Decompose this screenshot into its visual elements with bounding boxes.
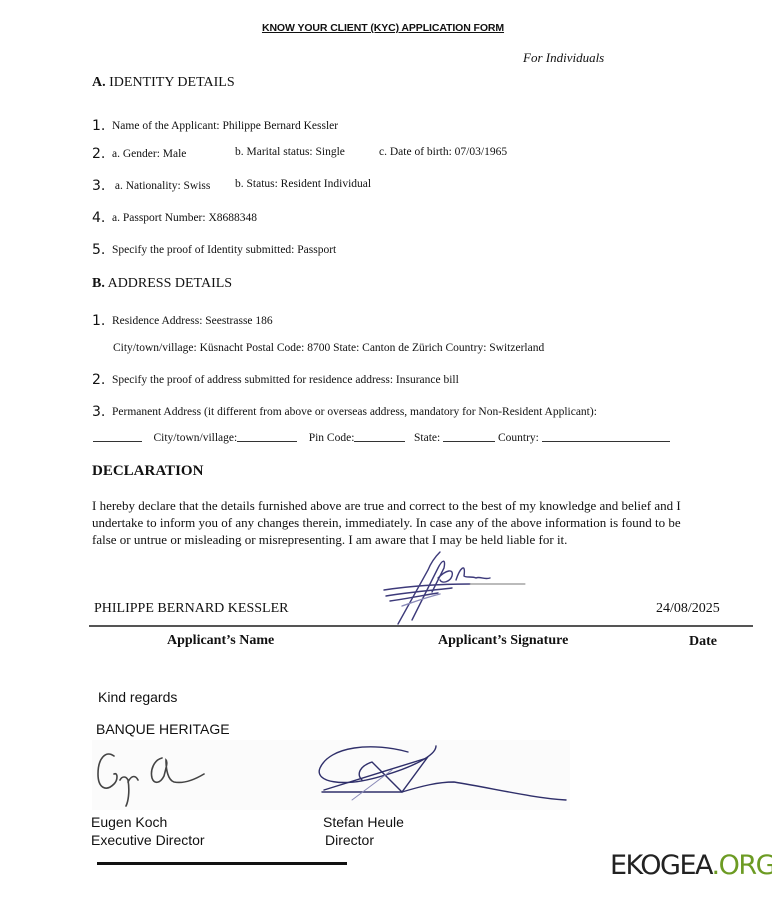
state-label: State: — [414, 432, 440, 444]
bank-signatures-image — [92, 740, 572, 810]
identity-item-4: 4.a. Passport Number: X8688348 — [92, 210, 257, 226]
section-title: ADDRESS DETAILS — [108, 276, 233, 291]
signature-divider — [89, 625, 753, 627]
city-label: City/town/village: — [154, 432, 238, 444]
identity-item-1: 1.Name of the Applicant: Philippe Bernar… — [92, 118, 338, 134]
permanent-address-label: Permanent Address (it different from abo… — [112, 406, 597, 418]
applicant-name-caption: Applicant’s Name — [167, 633, 274, 649]
address-item-2: 2.Specify the proof of address submitted… — [92, 372, 459, 388]
pin-label: Pin Code: — [309, 432, 355, 444]
permanent-address-fields: City/town/village: Pin Code: State: Coun… — [93, 432, 670, 444]
section-address-heading: B. ADDRESS DETAILS — [92, 276, 232, 292]
address-item-3: 3.Permanent Address (it different from a… — [92, 404, 597, 420]
pin-blank[interactable] — [354, 433, 405, 442]
status-field: b. Status: Resident Individual — [235, 178, 371, 190]
signatory-1-name: Eugen Koch — [91, 814, 167, 830]
section-letter: B. — [92, 276, 105, 291]
declaration-heading: DECLARATION — [92, 463, 203, 480]
form-title: KNOW YOUR CLIENT (KYC) APPLICATION FORM — [0, 22, 766, 34]
identity-item-3: 3. a. Nationality: Swiss — [92, 178, 210, 194]
country-blank[interactable] — [542, 433, 670, 442]
date-of-birth-field: c. Date of birth: 07/03/1965 — [379, 146, 507, 158]
signatory-1-title: Executive Director — [91, 832, 205, 848]
identity-proof-field: Specify the proof of Identity submitted:… — [112, 244, 336, 256]
applicant-name-value: PHILIPPE BERNARD KESSLER — [94, 601, 288, 617]
identity-item-2: 2.a. Gender: Male — [92, 146, 186, 162]
country-label: Country: — [498, 432, 539, 444]
city-blank[interactable] — [237, 433, 297, 442]
applicant-name-field: Name of the Applicant: Philippe Bernard … — [112, 120, 338, 132]
ekogea-logo: EKOGEA.ORG — [610, 850, 772, 881]
form-subtitle: For Individuals — [523, 50, 604, 66]
bank-name: BANQUE HERITAGE — [96, 721, 230, 737]
gender-field: a. Gender: Male — [112, 148, 186, 160]
signatory-2-name: Stefan Heule — [323, 814, 404, 830]
signatory-2-title: Director — [325, 832, 374, 848]
nationality-field: a. Nationality: Swiss — [115, 180, 211, 192]
residence-address-subline: City/town/village: Küsnacht Postal Code:… — [113, 342, 544, 354]
marital-status-field: b. Marital status: Single — [235, 146, 345, 158]
section-identity-heading: A. IDENTITY DETAILS — [92, 75, 235, 91]
permanent-address-line-blank[interactable] — [93, 433, 142, 442]
kind-regards: Kind regards — [98, 689, 177, 705]
declaration-text: I hereby declare that the details furnis… — [92, 497, 692, 548]
date-caption: Date — [689, 634, 717, 650]
address-proof-field: Specify the proof of address submitted f… — [112, 374, 459, 386]
closing-rule — [97, 862, 347, 865]
passport-number-field: a. Passport Number: X8688348 — [112, 212, 257, 224]
residence-address-field: Residence Address: Seestrasse 186 — [112, 315, 273, 327]
section-title: IDENTITY DETAILS — [109, 75, 235, 90]
signature-date-value: 24/08/2025 — [656, 601, 720, 617]
identity-item-5: 5.Specify the proof of Identity submitte… — [92, 242, 336, 258]
applicant-signature-caption: Applicant’s Signature — [438, 633, 568, 649]
section-letter: A. — [92, 75, 106, 90]
applicant-signature-image — [380, 548, 530, 628]
address-item-1: 1.Residence Address: Seestrasse 186 — [92, 313, 273, 329]
state-blank[interactable] — [443, 433, 495, 442]
